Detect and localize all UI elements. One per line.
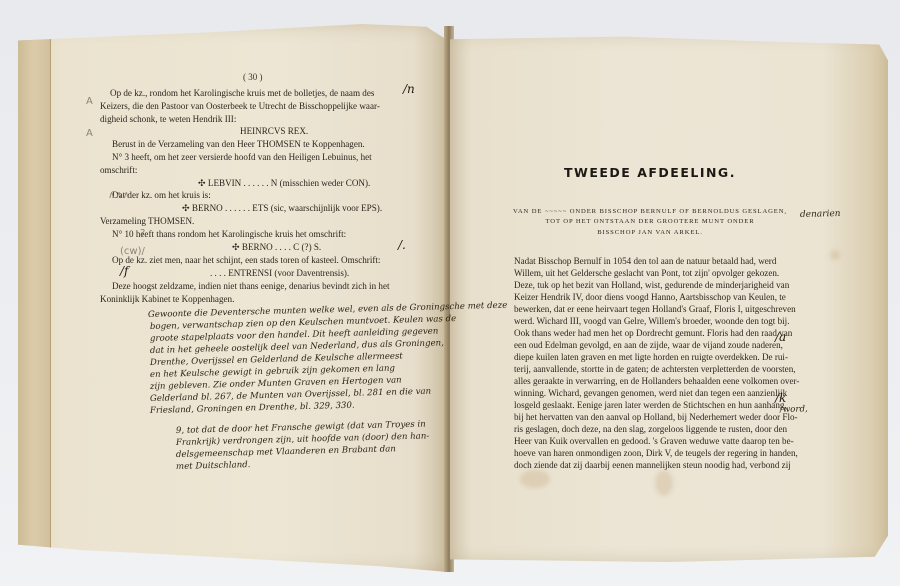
body-line: Nadat Bisschop Bernulf in 1054 den tol a… bbox=[514, 256, 776, 266]
margin-pencil-mark: ∧∧∧ bbox=[108, 190, 130, 201]
printed-line: Deze hoogst zeldzame, indien niet thans … bbox=[112, 281, 390, 291]
printed-line: Koninklijk Kabinet te Koppenhagen. bbox=[100, 294, 234, 304]
printed-line-centered: ✣ LEBVIN . . . . . . N (misschien weder … bbox=[198, 178, 370, 189]
printed-line: digheid schonk, te weten Hendrik III: bbox=[100, 114, 236, 124]
body-line: Ook thans weder had men het op Dordrecht… bbox=[514, 328, 792, 338]
foxing-stain bbox=[830, 250, 840, 260]
body-line: een oud Edelman gevolgd, en aan de zijde… bbox=[514, 340, 783, 350]
body-line: werd. Wichard III, voogd van Gelre, Will… bbox=[514, 316, 789, 326]
foxing-stain bbox=[520, 470, 550, 488]
printed-line: N° 10 heeft thans rondom het Karolingisc… bbox=[112, 229, 346, 239]
margin-mark: /f bbox=[120, 264, 128, 278]
body-line: Deze, tuk op het bezit van Holland, wist… bbox=[514, 280, 789, 290]
subheading-line: TOT OP HET ONTSTAAN DER GROOTERE MUNT ON… bbox=[500, 218, 800, 225]
body-line: diepe kuilen laten graven en met ligte h… bbox=[514, 352, 788, 362]
margin-pencil-mark: A bbox=[86, 128, 93, 139]
margin-mark: /n bbox=[403, 82, 415, 96]
printed-line: Berust in de Verzameling van den Heer TH… bbox=[112, 139, 365, 149]
printed-line: Keizers, die den Pastoor van Oosterbeek … bbox=[100, 101, 380, 111]
left-page-binding-edge bbox=[18, 24, 51, 572]
body-line: alles geraakte in verwarring, en de Holl… bbox=[514, 376, 799, 386]
subheading-line: BISSCHOP JAN VAN ARKEL. bbox=[500, 229, 800, 236]
body-line: hoeve van haren onmondigen zoon, Dirk V,… bbox=[514, 448, 798, 458]
printed-line-centered: ✣ BERNO . . . . C (?) S. bbox=[232, 242, 321, 253]
margin-handwritten-note: denarien bbox=[800, 209, 841, 220]
margin-mark: /a bbox=[775, 330, 786, 344]
foxing-stain bbox=[655, 470, 673, 496]
body-line: winning. Wichard, gevangen genomen, werd… bbox=[514, 388, 787, 398]
body-line: ris geslagen, doch deze, na den slag, zo… bbox=[514, 424, 787, 434]
body-line: bij het hervatten van den aanval op Holl… bbox=[514, 412, 798, 422]
margin-mark: /k bbox=[775, 391, 786, 405]
body-line: Willem, uit het Geldersche geslacht van … bbox=[514, 268, 779, 278]
printed-line: N° 3 heeft, om het zeer versierde hoofd … bbox=[112, 152, 372, 162]
handwritten-line: met Duitschland. bbox=[176, 460, 251, 472]
printed-line-centered: HEINRCVS REX. bbox=[240, 126, 308, 136]
body-line: terij, aanvallende, stortte in de gaten;… bbox=[514, 364, 796, 374]
printed-line-centered: . . . . ENTRENSI (voor Daventrensis). bbox=[210, 268, 349, 278]
margin-handwritten-note: /word, bbox=[780, 404, 808, 415]
margin-pencil-mark: (cw)/ bbox=[120, 246, 145, 257]
body-line: losgeld geslaakt. Eenige jaren later wer… bbox=[514, 400, 787, 410]
body-line: Keizer Hendrik IV, door diens voogd Hann… bbox=[514, 292, 786, 302]
body-line: Heer van Kuik overvallen en gedood. 's G… bbox=[514, 436, 794, 446]
printed-line: Op de kz. ziet men, naar het schijnt, ee… bbox=[112, 255, 380, 265]
photo-scene: ( 30 ) Op de kz., rondom het Karolingisc… bbox=[0, 0, 900, 586]
printed-line: omschrift: bbox=[100, 165, 137, 175]
printed-line: Op de kz., rondom het Karolingische krui… bbox=[110, 88, 374, 98]
printed-line: Verzameling THOMSEN. bbox=[100, 216, 194, 226]
margin-mark: /. bbox=[398, 238, 406, 252]
section-heading: TWEEDE AFDEELING. bbox=[520, 165, 780, 180]
body-line: doch ziende dat zij daarbij eenen mannel… bbox=[514, 460, 791, 470]
page-number: ( 30 ) bbox=[243, 72, 263, 82]
printed-line-centered: ✣ BERNO . . . . . . ETS (sic, waarschijn… bbox=[182, 203, 382, 214]
margin-pencil-mark: A bbox=[86, 96, 93, 107]
subheading-line: VAN DE ~~~~~ ONDER BISSCHOP BERNULF OF B… bbox=[500, 208, 800, 215]
margin-pencil-mark: ? bbox=[140, 228, 145, 239]
body-line: bewerken, dat er eene heirvaart tegen Ho… bbox=[514, 304, 796, 314]
